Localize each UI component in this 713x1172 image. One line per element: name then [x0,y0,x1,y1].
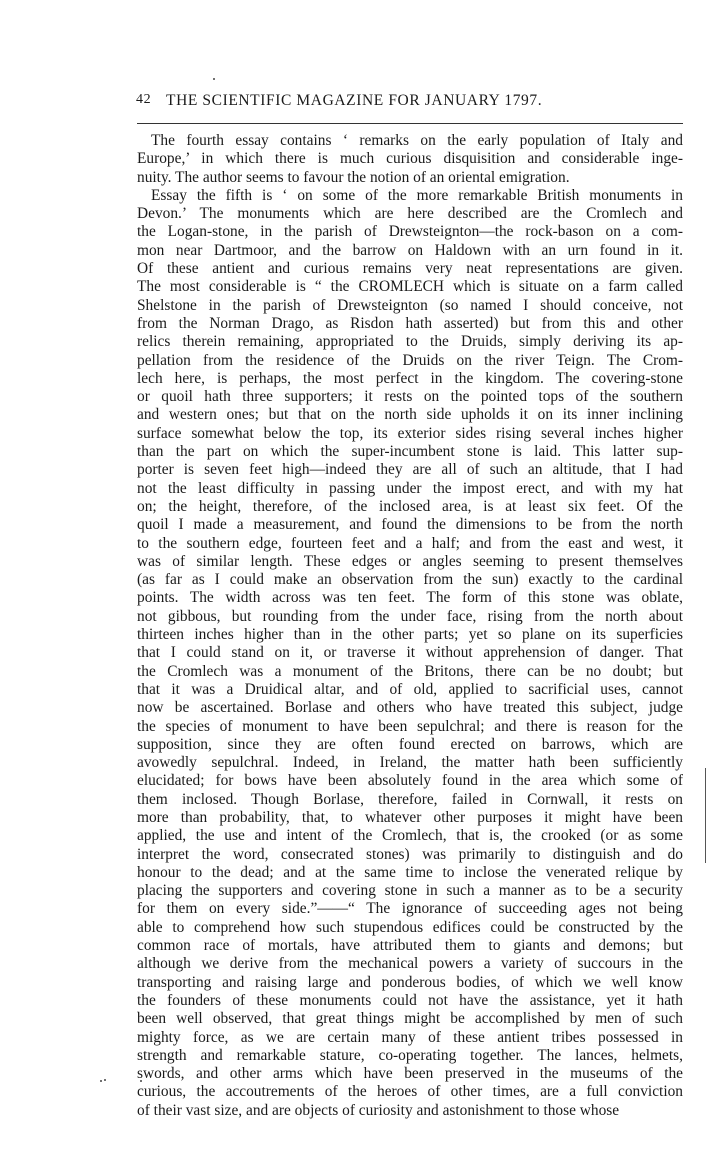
text-line: porter is seven feet high—indeed they ar… [137,461,683,479]
text-line: relics therein remaining, appropriated t… [137,333,683,351]
text-line: not the least difficulty in passing unde… [137,480,683,498]
text-line: lech here, is perhaps, the most perfect … [137,370,683,388]
text-line: The most considerable is “ the CROMLECH … [137,278,683,296]
scan-speck [213,78,215,80]
text-line: was of similar length. These edges or an… [137,553,683,571]
text-line: the founders of these monuments could no… [137,992,683,1010]
scan-speck [140,1080,142,1082]
text-line: honour to the dead; and at the same time… [137,864,683,882]
text-line: them inclosed. Though Borlase, therefore… [137,791,683,809]
text-line: curious, the accoutrements of the heroes… [137,1083,683,1101]
running-head: 42 THE SCIENTIFIC MAGAZINE FOR JANUARY 1… [136,92,684,114]
text-line: common race of mortals, have attributed … [137,937,683,955]
text-line: surface somewhat below the top, its exte… [137,425,683,443]
text-line: interpret the word, consecrated stones) … [137,846,683,864]
text-line: transporting and raising large and ponde… [137,974,683,992]
text-line: to the southern edge, fourteen feet and … [137,535,683,553]
text-line: now be ascertained. Borlase and others w… [137,699,683,717]
text-line: (as far as I could make an observation f… [137,571,683,589]
header-rule [137,123,683,124]
text-line: the Logan-stone, in the parish of Drewst… [137,223,683,241]
text-line: more than probability, that, to whatever… [137,809,683,827]
scan-artifact-line [705,768,706,863]
text-line: or quoil hath three supporters; it rests… [137,388,683,406]
text-line: and western ones; but that on the north … [137,406,683,424]
text-line: quoil I made a measurement, and found th… [137,516,683,534]
text-line: Of these antient and curious remains ver… [137,260,683,278]
text-line: on; the height, therefore, of the inclos… [137,498,683,516]
text-line: mighty force, as we are certain many of … [137,1029,683,1047]
text-line: that I could stand on it, or traverse it… [137,644,683,662]
text-line: Shelstone in the parish of Drewsteignton… [137,297,683,315]
text-line: The fourth essay contains ‘ remarks on t… [137,132,683,150]
text-line: avowedly sepulchral. Indeed, in Ireland,… [137,754,683,772]
page-title: THE SCIENTIFIC MAGAZINE FOR JANUARY 1797… [166,92,542,110]
text-line: able to comprehend how such stupendous e… [137,919,683,937]
text-line: placing the supporters and covering ston… [137,882,683,900]
text-line: Essay the fifth is ‘ on some of the more… [137,187,683,205]
text-line: of their vast size, and are objects of c… [137,1102,683,1120]
text-line: pellation from the residence of the Drui… [137,352,683,370]
text-line: the Cromlech was a monument of the Brito… [137,663,683,681]
text-line: than the part on which the super-incumbe… [137,443,683,461]
body-text: The fourth essay contains ‘ remarks on t… [137,132,683,1120]
text-line: thirteen inches higher than in the other… [137,626,683,644]
text-line: supposition, since they are often found … [137,736,683,754]
text-line: nuity. The author seems to favour the no… [137,169,683,187]
text-line: the species of monument to have been sep… [137,718,683,736]
text-line: mon near Dartmoor, and the barrow on Hal… [137,242,683,260]
text-line: swords, and other arms which have been p… [137,1065,683,1083]
text-line: not gibbous, but rounding from the under… [137,608,683,626]
text-line: points. The width across was ten feet. T… [137,589,683,607]
text-line: that it was a Druidical altar, and of ol… [137,681,683,699]
text-line: although we derive from the mechanical p… [137,955,683,973]
scan-speck [100,1080,102,1082]
page-number: 42 [136,92,151,108]
scan-speck [104,1079,106,1081]
text-line: elucidated; for bows have been absolutel… [137,772,683,790]
text-line: been well observed, that great things mi… [137,1010,683,1028]
text-line: Devon.’ The monuments which are here des… [137,205,683,223]
text-line: for them on every side.”——“ The ignoranc… [137,900,683,918]
text-line: Europe,’ in which there is much curious … [137,150,683,168]
text-line: strength and remarkable stature, co-oper… [137,1047,683,1065]
document-page: 42 THE SCIENTIFIC MAGAZINE FOR JANUARY 1… [0,0,713,1172]
text-line: from the Norman Drago, as Risdon hath as… [137,315,683,333]
text-line: applied, the use and intent of the Croml… [137,827,683,845]
